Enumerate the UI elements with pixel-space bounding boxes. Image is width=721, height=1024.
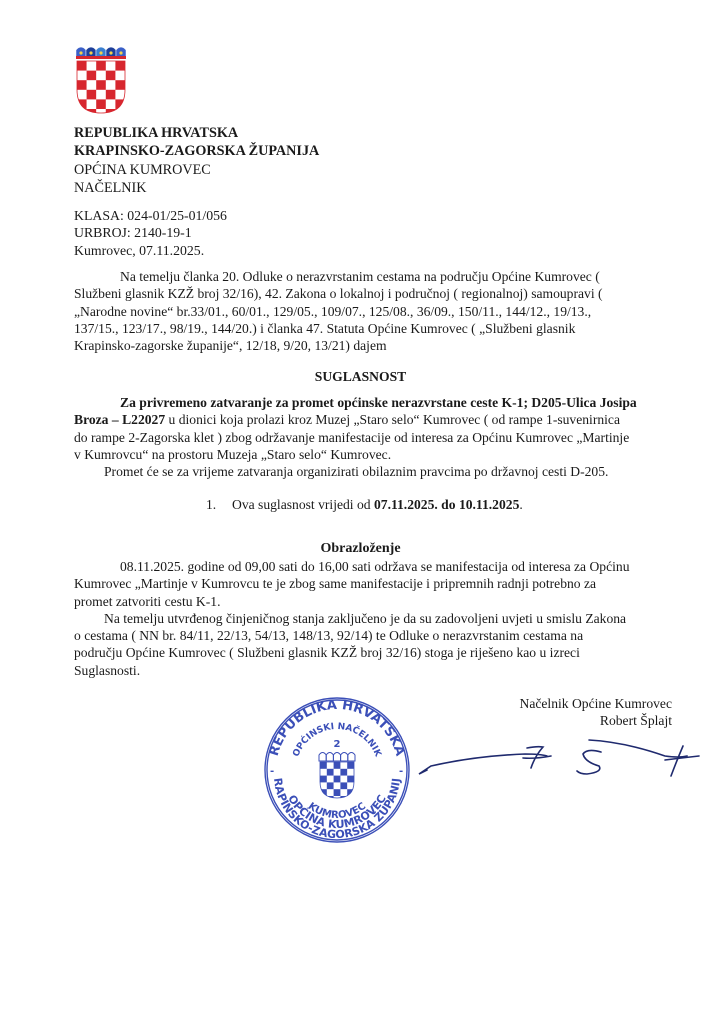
intro-line: Na temelju članka 20. Odluke o nerazvrst… <box>74 268 684 285</box>
item-end: . <box>519 497 522 512</box>
svg-text:-: - <box>399 766 403 777</box>
intro-line: Službeni glasnik KZŽ broj 32/16), 42. Za… <box>74 285 684 302</box>
item-number: 1. <box>206 497 232 513</box>
rationale-line: Suglasnosti. <box>74 662 684 679</box>
decision-line: do rampe 2-Zagorska klet ) zbog održavan… <box>74 429 684 446</box>
issuer-header: REPUBLIKA HRVATSKA KRAPINSKO-ZAGORSKA ŽU… <box>74 124 319 197</box>
intro-line: 137/15., 123/17., 98/19., 144/20.) i čla… <box>74 320 684 337</box>
intro-line: „Narodne novine“ br.33/01., 60/01., 129/… <box>74 303 684 320</box>
office-name: NAČELNIK <box>74 179 319 197</box>
rationale-line: Kumrovec „Martinje v Kumrovcu te je zbog… <box>74 575 684 592</box>
decision-line: Promet će se za vrijeme zatvaranja organ… <box>74 463 684 480</box>
document-title: SUGLASNOST <box>0 369 721 385</box>
decision-line: Broza – L22027 u dionici koja prolazi kr… <box>74 411 684 428</box>
intro-paragraph: Na temelju članka 20. Odluke o nerazvrst… <box>74 268 684 354</box>
klasa-number: KLASA: 024-01/25-01/056 <box>74 207 227 224</box>
place-date: Kumrovec, 07.11.2025. <box>74 242 227 259</box>
decision-line: v Kumrovcu“ na prostoru Muzeja „Staro se… <box>74 446 684 463</box>
urbroj-number: URBROJ: 2140-19-1 <box>74 224 227 241</box>
rationale-line: promet zatvoriti cestu K-1. <box>74 593 684 610</box>
rationale-line: području Općine Kumrovec ( Službeni glas… <box>74 644 684 661</box>
county-name: KRAPINSKO-ZAGORSKA ŽUPANIJA <box>74 142 319 160</box>
rationale-paragraph: 08.11.2025. godine od 09,00 sati do 16,0… <box>74 558 684 679</box>
decision-line: Za privremeno zatvaranje za promet općin… <box>74 394 684 411</box>
decision-paragraph: Za privremeno zatvaranje za promet općin… <box>74 394 684 480</box>
item-text: Ova suglasnost vrijedi od <box>232 497 374 512</box>
handwritten-signature <box>415 728 715 788</box>
intro-line: Krapinsko-zagorske županije“, 12/18, 9/2… <box>74 337 684 354</box>
rationale-line: Na temelju utvrđenog činjeničnog stanja … <box>74 610 684 627</box>
road-code: Broza – L22027 <box>74 412 165 427</box>
rationale-line: 08.11.2025. godine od 09,00 sati do 16,0… <box>74 558 684 575</box>
signature-block: Načelnik Općine Kumrovec Robert Šplajt <box>488 695 672 729</box>
stamp-number: 2 <box>334 739 341 750</box>
decision-text: u dionici koja prolazi kroz Muzej „Staro… <box>165 412 620 427</box>
country-name: REPUBLIKA HRVATSKA <box>74 124 319 142</box>
validity-item: 1.Ova suglasnost vrijedi od 07.11.2025. … <box>206 497 523 513</box>
rationale-line: o cestama ( NN br. 84/11, 22/13, 54/13, … <box>74 627 684 644</box>
rationale-title: Obrazloženje <box>0 541 721 557</box>
official-stamp-icon: REPUBLIKA HRVATSKA OPĆINSKI NAČELNIK KRA… <box>262 695 412 845</box>
document-meta: KLASA: 024-01/25-01/056 URBROJ: 2140-19-… <box>74 207 227 259</box>
validity-dates: 07.11.2025. do 10.11.2025 <box>374 497 519 512</box>
signatory-name: Robert Šplajt <box>488 712 672 729</box>
croatian-coat-of-arms-icon <box>73 43 129 115</box>
municipality-name: OPĆINA KUMROVEC <box>74 161 319 179</box>
signatory-title: Načelnik Općine Kumrovec <box>488 695 672 712</box>
svg-text:-: - <box>270 766 274 777</box>
